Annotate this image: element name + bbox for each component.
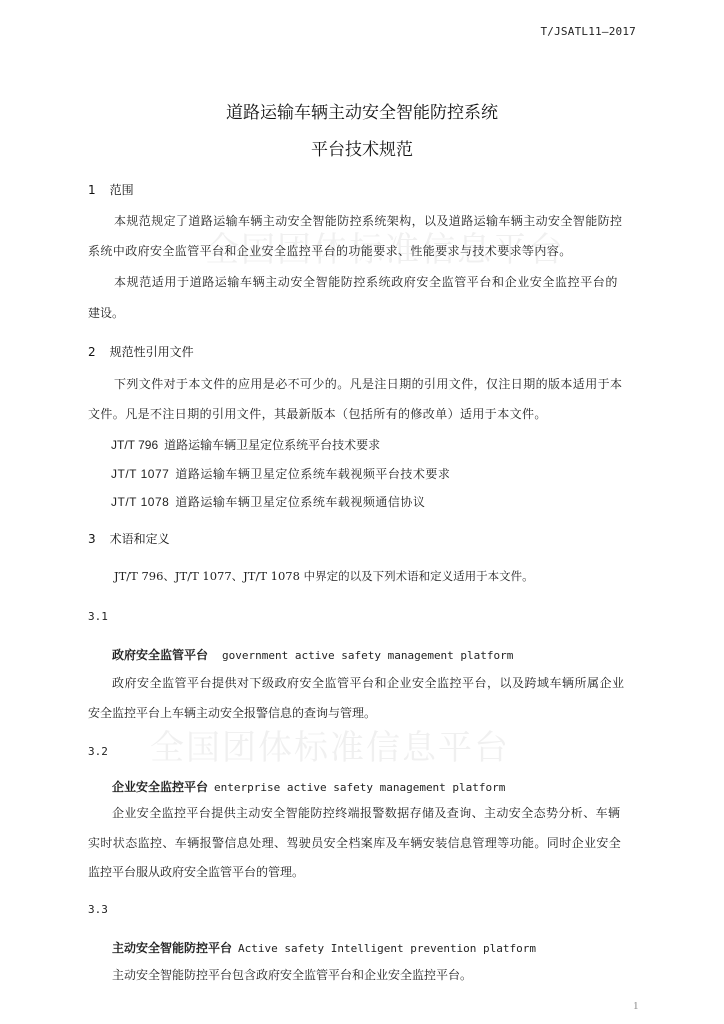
- reference-code: JT/T 1077: [111, 467, 169, 481]
- reference-title: 道路运输车辆卫星定位系统车载视频通信协议: [175, 495, 425, 509]
- standard-code: T/JSATL11—2017: [540, 25, 636, 38]
- section-number: 2: [88, 345, 96, 359]
- paragraph: JT/T 796、JT/T 1077、JT/T 1078 中界定的以及下列术语和…: [114, 568, 534, 584]
- term-en: enterprise active safety management plat…: [214, 781, 505, 794]
- paragraph: 系统中政府安全监管平台和企业安全监控平台的功能要求、性能要求与技术要求等内容。: [88, 243, 572, 259]
- paragraph: 本规范适用于道路运输车辆主动安全智能防控系统政府安全监管平台和企业安全监控平台的: [114, 274, 618, 290]
- term-en: government active safety management plat…: [222, 649, 513, 662]
- document-page: T/JSATL11—2017 全国团体标准信息平台 全国团体标准信息平台 道路运…: [0, 0, 724, 1024]
- definition: 实时状态监控、车辆报警信息处理、驾驶员安全档案库及车辆安装信息管理等功能。同时企…: [88, 835, 621, 851]
- paragraph: 建设。: [88, 305, 124, 321]
- section-title: 范围: [110, 183, 134, 197]
- term-cn: 政府安全监管平台: [112, 648, 208, 662]
- reference-code: JT/T 796: [111, 438, 158, 452]
- section-title: 术语和定义: [110, 532, 170, 546]
- term-heading: 主动安全智能防控平台Active safety Intelligent prev…: [112, 940, 536, 957]
- term-number: 3.3: [88, 902, 108, 918]
- term-number: 3.1: [88, 609, 108, 625]
- reference-title: 道路运输车辆卫星定位系统平台技术要求: [164, 438, 380, 452]
- term-number: 3.2: [88, 744, 108, 760]
- term-heading: 政府安全监管平台government active safety managem…: [112, 647, 513, 664]
- page-number: 1: [633, 1000, 639, 1012]
- document-title: 道路运输车辆主动安全智能防控系统: [0, 98, 724, 123]
- watermark: 全国团体标准信息平台: [150, 720, 530, 769]
- definition: 政府安全监管平台提供对下级政府安全监管平台和企业安全监控平台，以及跨域车辆所属企…: [112, 675, 625, 691]
- definition: 安全监控平台上车辆主动安全报警信息的查询与管理。: [88, 705, 376, 721]
- section-number: 3: [88, 532, 96, 546]
- section-title: 规范性引用文件: [110, 345, 194, 359]
- section-heading-2: 2规范性引用文件: [88, 344, 194, 360]
- section-heading-1: 1范围: [88, 182, 134, 198]
- reference-item: JT/T 796道路运输车辆卫星定位系统平台技术要求: [111, 437, 380, 453]
- definition: 企业安全监控平台提供主动安全智能防控终端报警数据存储及查询、主动安全态势分析、车…: [112, 805, 620, 821]
- paragraph: 下列文件对于本文件的应用是必不可少的。凡是注日期的引用文件，仅注日期的版本适用于…: [114, 376, 622, 392]
- document-subtitle: 平台技术规范: [0, 135, 724, 160]
- reference-item: JT/T 1077道路运输车辆卫星定位系统车载视频平台技术要求: [111, 466, 450, 482]
- term-en: Active safety Intelligent prevention pla…: [238, 942, 536, 955]
- reference-code: JT/T 1078: [111, 495, 169, 509]
- term-cn: 企业安全监控平台: [112, 780, 208, 794]
- paragraph: 本规范规定了道路运输车辆主动安全智能防控系统架构，以及道路运输车辆主动安全智能防…: [114, 213, 622, 229]
- section-number: 1: [88, 183, 96, 197]
- section-heading-3: 3术语和定义: [88, 531, 170, 547]
- definition: 监控平台服从政府安全监管平台的管理。: [88, 864, 304, 880]
- term-cn: 主动安全智能防控平台: [112, 941, 232, 955]
- reference-item: JT/T 1078道路运输车辆卫星定位系统车载视频通信协议: [111, 494, 425, 510]
- reference-title: 道路运输车辆卫星定位系统车载视频平台技术要求: [175, 467, 450, 481]
- definition: 主动安全智能防控平台包含政府安全监管平台和企业安全监控平台。: [112, 967, 472, 983]
- paragraph: 文件。凡是不注日期的引用文件，其最新版本（包括所有的修改单）适用于本文件。: [88, 406, 547, 422]
- term-heading: 企业安全监控平台enterprise active safety managem…: [112, 779, 505, 796]
